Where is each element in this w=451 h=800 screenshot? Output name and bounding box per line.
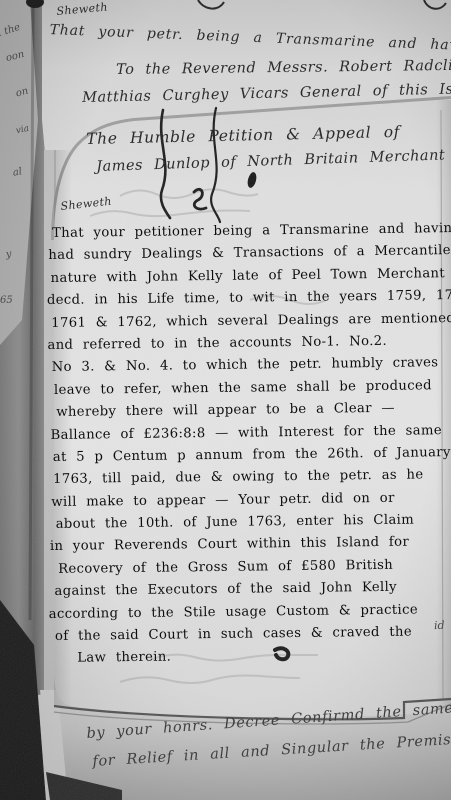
salutation-line1: To the Reverend Messrs. Robert Radcliffe… — [116, 57, 451, 78]
spine-fragment: oon — [5, 50, 25, 64]
gutter-dark-bottom — [0, 600, 46, 800]
spine-fragment: on — [15, 86, 30, 99]
sheweth-heading: Sheweth — [60, 195, 112, 213]
body-line: leave to refer, when the same shall be p… — [54, 378, 432, 398]
spine-fragment: y — [5, 250, 12, 261]
petition-title-line2: James Dunlop of North Britain Merchant — [96, 147, 445, 175]
spine-fragment: 65 — [0, 296, 13, 306]
body-line: Recovery of the Gross Sum of £580 Britis… — [58, 558, 393, 577]
body-line: Law therein. — [77, 650, 171, 666]
body-line: That your petitioner being a Transmarine… — [52, 221, 451, 241]
under-page-torn-edge — [38, 692, 68, 800]
top-leaf-line: That your petr. being a Transmarine and … — [49, 22, 451, 55]
body-line: in your Reverends Court within this Isla… — [50, 535, 409, 554]
spine-fragment: al — [12, 167, 23, 178]
body-line: of the said Court in such cases & craved… — [55, 625, 412, 644]
body-line: will make to appear — Your petr. did on … — [51, 491, 395, 510]
body-line: had sundry Dealings & Transactions of a … — [48, 243, 451, 263]
body-line: decd. in his Life time, to wit in the ye… — [47, 288, 451, 308]
spine-fragment: l the — [0, 23, 22, 40]
spine-fragment: via — [15, 125, 30, 137]
body-line: at 5 p Centum p annum from the 26th. of … — [53, 445, 451, 465]
body-line: according to the Stile usage Custom & pr… — [49, 603, 418, 623]
body-line: Ballance of £236:8:8 — with Interest for… — [50, 423, 442, 443]
salutation-line2: Matthias Curghey Vicars General of this … — [82, 81, 451, 106]
body-line: and referred to in the accounts No-1. No… — [47, 334, 387, 353]
body-line: against the Executors of the said John K… — [54, 580, 397, 599]
body-line: whereby there will appear to be a Clear … — [56, 401, 395, 420]
top-leaf-sheweth: Sheweth — [56, 1, 108, 18]
body-line: about the 10th. of June 1763, enter his … — [56, 513, 415, 532]
body-line: No 3. & No. 4. to which the petr. humbly… — [52, 355, 439, 375]
body-line: 1763, till paid, due & owing to the petr… — [53, 467, 424, 487]
petition-title-line1: The Humble Petition & Appeal of — [86, 123, 400, 148]
manuscript-photo: l the oon on via al y 65 id Sheweth That… — [0, 0, 451, 800]
body-line: 1761 & 1762, which several Dealings are … — [51, 311, 451, 331]
petition-body: That your petitioner being a Transmarine… — [48, 221, 451, 676]
body-line: nature with John Kelly late of Peel Town… — [51, 266, 446, 286]
